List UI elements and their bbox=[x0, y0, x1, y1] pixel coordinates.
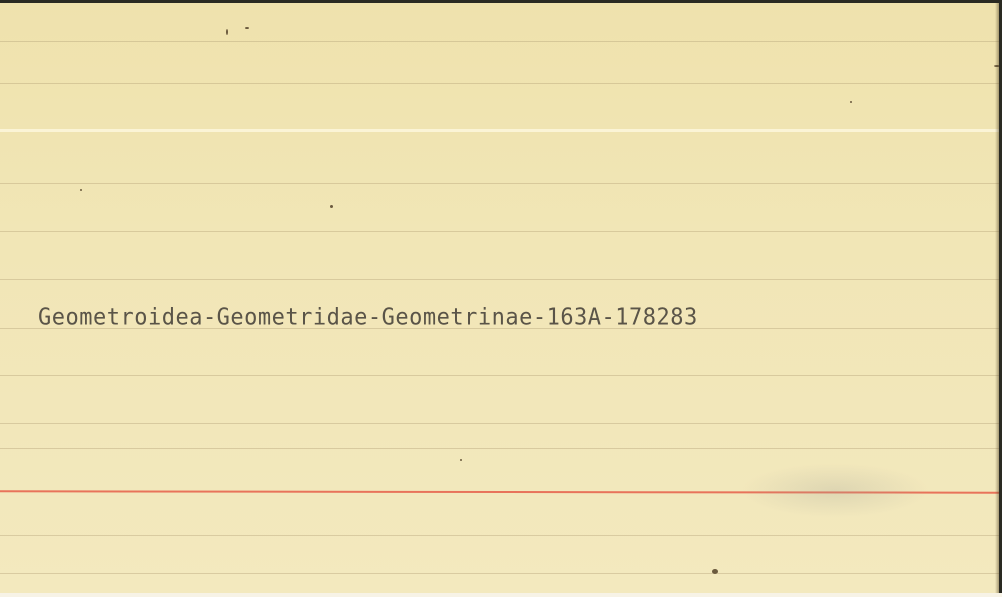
ruled-line bbox=[0, 183, 999, 184]
ruled-line bbox=[0, 279, 999, 280]
scan-highlight-band bbox=[0, 129, 999, 132]
ruled-line bbox=[0, 448, 999, 449]
index-card: Geometroidea-Geometridae-Geometrinae-163… bbox=[0, 3, 999, 593]
ruled-line bbox=[0, 41, 999, 42]
catalog-entry-text: Geometroidea-Geometridae-Geometrinae-163… bbox=[38, 304, 698, 330]
ruled-line bbox=[0, 573, 999, 574]
ruled-line bbox=[0, 83, 999, 84]
speck bbox=[850, 101, 852, 103]
ruled-line bbox=[0, 423, 999, 424]
speck bbox=[330, 205, 333, 208]
ruled-line bbox=[0, 231, 999, 232]
ruled-line bbox=[0, 375, 999, 376]
speck bbox=[712, 569, 718, 574]
speck bbox=[80, 189, 82, 191]
speck bbox=[226, 29, 228, 35]
smudge-mark bbox=[740, 463, 930, 518]
speck bbox=[994, 65, 999, 67]
speck bbox=[245, 27, 249, 29]
ruled-line bbox=[0, 535, 999, 536]
speck bbox=[460, 459, 462, 461]
card-bottom-edge bbox=[0, 593, 1002, 597]
